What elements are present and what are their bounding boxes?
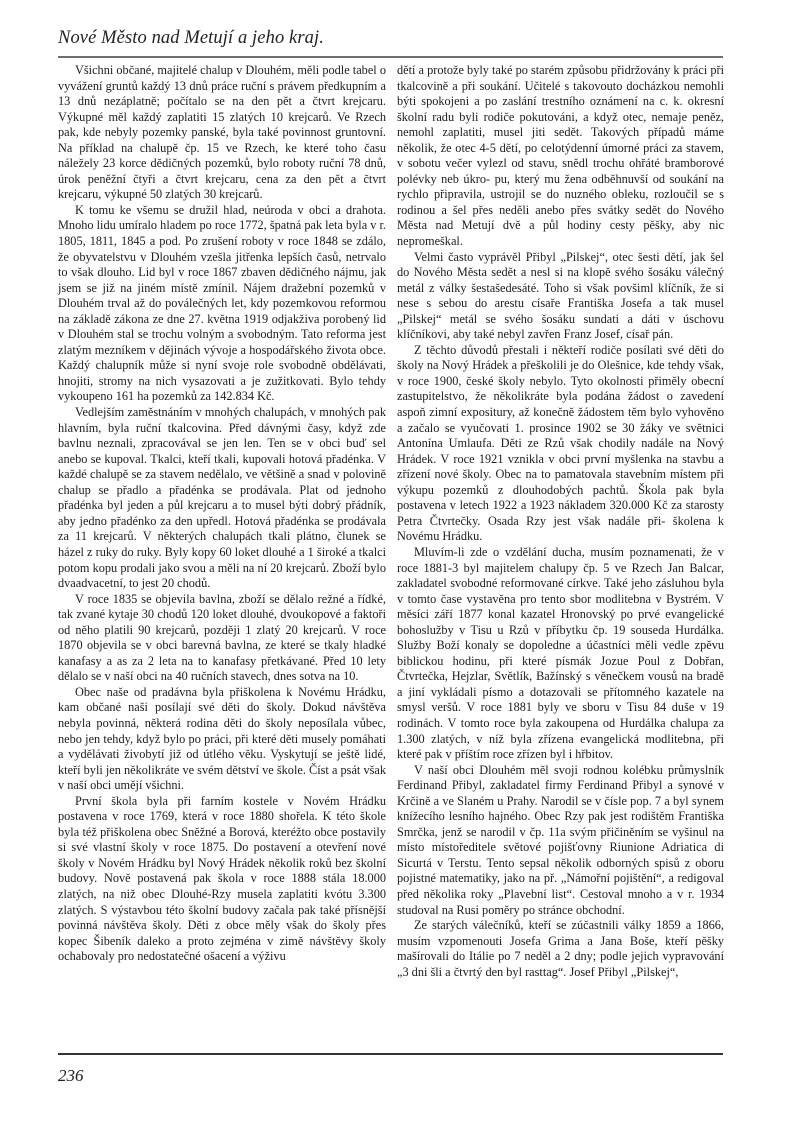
running-head-title: Nové Město nad Metují a jeho kraj. (58, 28, 723, 49)
paragraph: Všichni občané, majitelé chalup v Dlouhé… (58, 63, 386, 203)
paragraph: V naší obci Dlouhém měl svoji rodnou kol… (397, 763, 724, 918)
paragraph: K tomu ke všemu se družil hlad, neúroda … (58, 203, 386, 405)
paragraph: Mluvím-li zde o vzdělání ducha, musím po… (397, 545, 724, 763)
paragraph: V roce 1835 se objevila bavlna, zboží se… (58, 592, 386, 685)
right-column: dětí a protože byly také po starém způso… (397, 63, 724, 980)
paragraph: Obec naše od pradávna byla přiškolena k … (58, 685, 386, 794)
paragraph: Ze starých válečníků, kteří se zúčastnil… (397, 918, 724, 980)
paragraph: Velmi často vyprávěl Přibyl „Pilskej“, o… (397, 250, 724, 343)
footer-rule (58, 1053, 723, 1055)
page-number: 236 (58, 1066, 84, 1086)
header-rule (58, 56, 723, 58)
paragraph: První škola byla při farním kostele v No… (58, 794, 386, 965)
paragraph: Vedlejším zaměstnáním v mnohých chalupác… (58, 405, 386, 592)
paragraph: Z těchto důvodů přestali i někteří rodič… (397, 343, 724, 545)
paragraph-continuation: dětí a protože byly také po starém způso… (397, 63, 724, 250)
book-page: Nové Město nad Metují a jeho kraj. Všich… (0, 0, 800, 1131)
left-column: Všichni občané, majitelé chalup v Dlouhé… (58, 63, 386, 965)
